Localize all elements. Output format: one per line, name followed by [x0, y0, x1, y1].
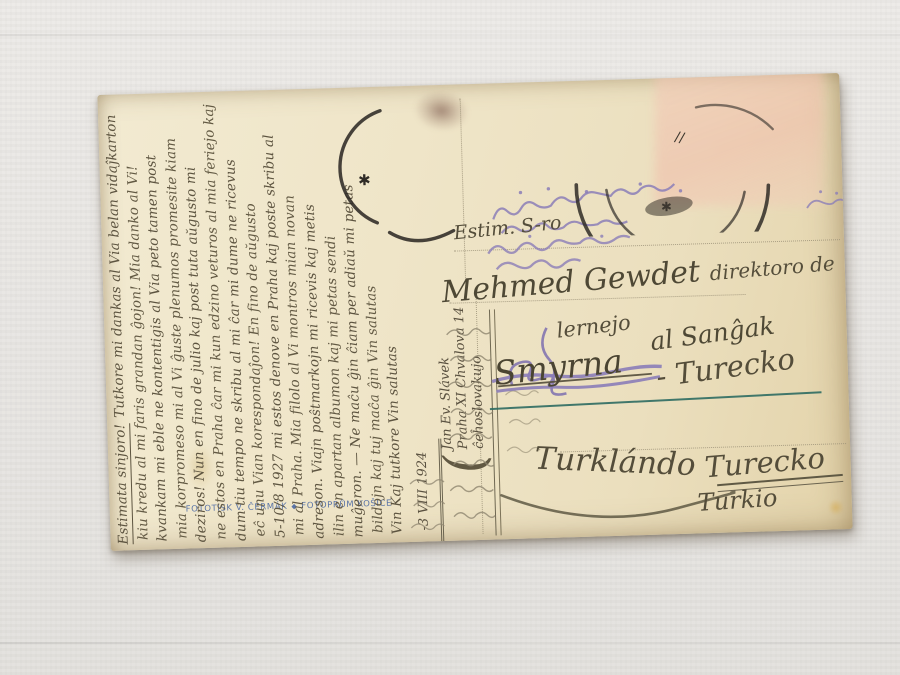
message-salutation: Estimata sinjoro!	[112, 423, 134, 544]
recipient-title: direktoro de	[709, 251, 836, 285]
yellow-stain-small	[828, 499, 844, 515]
postmark-right	[563, 80, 797, 237]
address-country-alt: Turkio	[697, 484, 778, 517]
postmark-star-icon: ✱	[358, 171, 371, 189]
backdrop-seam-bottom	[0, 642, 900, 644]
address-school: lernejo	[555, 310, 632, 343]
postcard: FOTOTISK V. ČERMÁK◆FOTOPRŮM KOŠICE Estim…	[97, 73, 852, 551]
photo-backdrop: FOTOTISK V. ČERMÁK◆FOTOPRŮM KOŠICE Estim…	[0, 0, 900, 675]
postmark-star-icon-right: ✱	[661, 200, 672, 215]
ottoman-script-right-edge	[798, 183, 849, 222]
backdrop-seam-top	[0, 34, 900, 36]
arabic-pencil-cluster	[405, 471, 453, 538]
